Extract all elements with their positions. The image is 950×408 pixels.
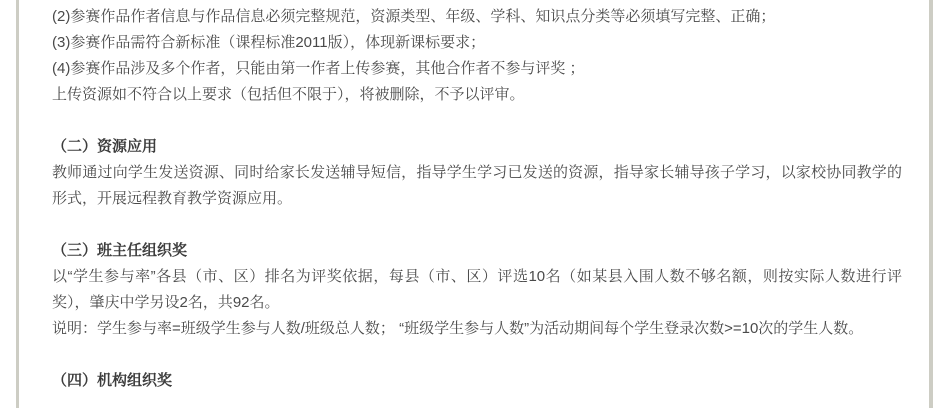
rule-line-3: (3)参赛作品需符合新标准（课程标准2011版），体现新课标要求；	[52, 30, 902, 56]
rule-line-2: (2)参赛作品作者信息与作品信息必须完整规范，资源类型、年级、学科、知识点分类等…	[52, 4, 902, 30]
section-body-head-teacher-award: 以“学生参与率”各县（市、区）排名为评奖依据，每县（市、区）评选10名（如某县入…	[52, 264, 902, 316]
section-heading-institution-award: （四）机构组织奖	[52, 368, 902, 394]
section-heading-resource-application: （二）资源应用	[52, 134, 902, 160]
page-right-border	[929, 0, 933, 408]
section-note-head-teacher-award: 说明：学生参与率=班级学生参与人数/班级总人数； “班级学生参与人数”为活动期间…	[52, 316, 902, 342]
section-heading-head-teacher-award: （三）班主任组织奖	[52, 238, 902, 264]
page-left-border	[16, 0, 19, 408]
rule-line-warning: 上传资源如不符合以上要求（包括但不限于），将被删除，不予以评审。	[52, 82, 902, 108]
document-page: (2)参赛作品作者信息与作品信息必须完整规范，资源类型、年级、学科、知识点分类等…	[0, 0, 950, 408]
rule-line-4: (4)参赛作品涉及多个作者，只能由第一作者上传参赛，其他合作者不参与评奖 ；	[52, 56, 902, 82]
section-body-resource-application: 教师通过向学生发送资源、同时给家长发送辅导短信，指导学生学习已发送的资源，指导家…	[52, 160, 902, 212]
document-content: (2)参赛作品作者信息与作品信息必须完整规范，资源类型、年级、学科、知识点分类等…	[52, 4, 902, 394]
